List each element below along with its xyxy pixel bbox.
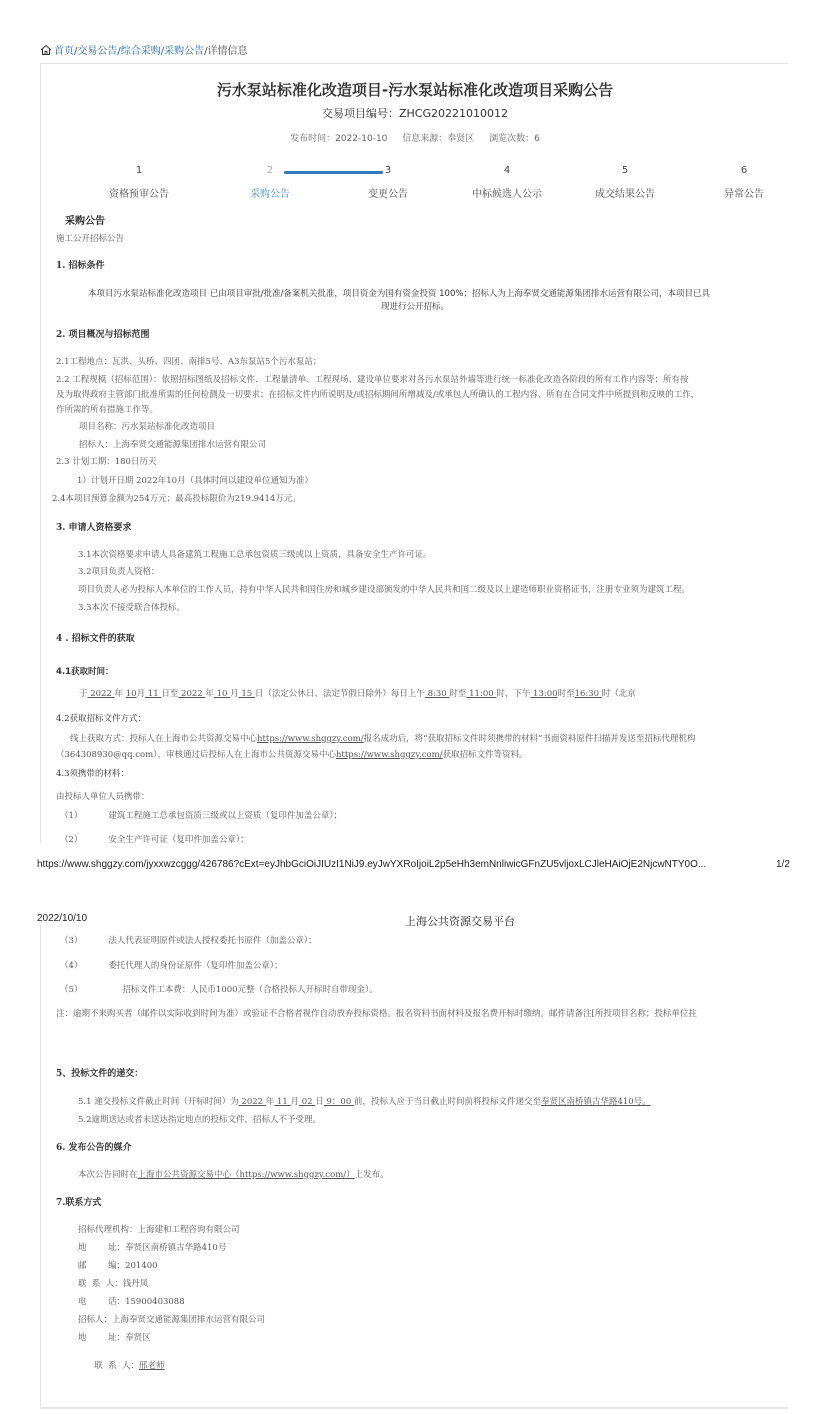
step-tab-procurement[interactable]: 2 采购公告	[211, 163, 329, 200]
step-label: 中标候选人公示	[448, 185, 566, 200]
s7-heading: 7.联系方式	[56, 1195, 101, 1208]
contact-line: 招标人：上海奉贤交通能源集团排水运营有限公司	[78, 1313, 265, 1325]
s3-2: 3.2项目负责人资格：	[78, 565, 160, 577]
breadcrumb-detail: /详情信息	[204, 42, 247, 57]
shggzy-link[interactable]: https://www.shggzy.com/	[257, 734, 364, 744]
s4-3-intro: 由投标人单位人员携带：	[56, 790, 150, 802]
note: 注：逾期不来购买者（邮件以实际收到时间为准）或验证不合格者视作自动放弃投标资格。…	[56, 1007, 697, 1019]
step-tab-abnormal[interactable]: 6 异常公告	[685, 163, 788, 200]
contact-person: 邢老师	[139, 1361, 165, 1371]
deadline-year: 2022	[239, 1097, 266, 1107]
s4-2-line-a: 线上获取方式：投标人在上海市公共资源交易中心https://www.shggzy…	[70, 732, 695, 744]
s2-heading: 2. 项目概况与招标范围	[56, 327, 150, 340]
s4-1-heading: 4.1获取时间：	[56, 665, 114, 677]
step-label: 成交结果公告	[566, 185, 684, 200]
contact-line: 联 系 人：钱丹凤	[78, 1277, 148, 1289]
info-source: 信息来源：奉贤区	[402, 134, 474, 144]
step-number: 6	[685, 163, 788, 179]
step-number: 1	[80, 163, 198, 179]
s2-4: 2.4本项目预算金额为254万元；最高投标限价为219.9414万元。	[52, 492, 301, 504]
view-count: 浏览次数：6	[489, 134, 540, 144]
s2-2-b: 及为取得政府主管部门批准所需的任何检测及一切要求；在招标文件内所说明及/或招标期…	[56, 388, 699, 400]
year-start: 2022	[88, 689, 115, 699]
breadcrumb-comprehensive-procurement[interactable]: /综合采购	[117, 42, 160, 57]
step-label: 采购公告	[211, 185, 329, 200]
am-start: 8:30	[425, 689, 450, 699]
step-tab-change[interactable]: 3 变更公告	[329, 163, 447, 200]
s1-heading: 1. 招标条件	[56, 258, 105, 271]
day-end: 15	[239, 689, 255, 699]
s4-3-heading: 4.3须携带的材料：	[56, 767, 129, 779]
s6-text: 本次公告同时在上海市公共资源交易中心（https://www.shggzy.co…	[78, 1168, 389, 1180]
s2-3-1: 1）计划开日期 2022年10月（具体时间以建设单位通知为准）	[77, 474, 313, 486]
print-page-number: 1/2	[776, 859, 790, 870]
s5-heading: 5、投标文件的递交：	[56, 1066, 143, 1079]
s4-2-line-b: （364308930@qq.com），审核通过后投标人在上海市公共资源交易中心h…	[56, 748, 528, 760]
print-date: 2022/10/10	[37, 913, 87, 924]
step-tab-prequalification[interactable]: 1 资格预审公告	[80, 163, 198, 200]
am-end: 11:00	[466, 689, 496, 699]
s4-heading: 4 . 招标文件的获取	[56, 631, 135, 644]
notice-step-tabs: 1 资格预审公告 2 采购公告 3 变更公告 4 中标候选人公示 5 成交结果公…	[41, 163, 788, 208]
s3-heading: 3. 申请人资格要求	[56, 520, 132, 533]
print-url: https://www.shggzy.com/jyxxwzcggg/426786…	[37, 859, 767, 870]
contact-line: 联 系 人：邢老师	[78, 1349, 165, 1381]
material-item: （3）法人代表证明原件或法人授权委托书原件（加盖公章）；	[60, 934, 317, 946]
section-heading: 采购公告	[65, 212, 105, 227]
deadline-day: 02	[299, 1097, 315, 1107]
step-number: 5	[566, 163, 684, 179]
s6-heading: 6. 发布公告的媒介	[56, 1140, 132, 1153]
month-end: 10	[214, 689, 230, 699]
page-title: 污水泵站标准化改造项目-污水泵站标准化改造项目采购公告	[41, 79, 788, 100]
step-label: 资格预审公告	[80, 185, 198, 200]
home-icon[interactable]	[40, 44, 52, 56]
month-start: 10	[126, 689, 137, 699]
contact-line: 招标代理机构：上海建和工程咨询有限公司	[78, 1223, 240, 1235]
pm-start: 13:00	[530, 689, 557, 699]
s1-paragraph: 本项目污水泵站标准化改造项目 已由项目审批/批准/备案机关批准，项目资金为国有资…	[88, 287, 710, 299]
material-item: （1）建筑工程施工总承包资质三级或以上资质（复印件加盖公章）；	[60, 809, 342, 821]
deadline-time: 9：00	[324, 1097, 354, 1107]
publish-time: 发布时间：2022-10-10	[290, 134, 387, 144]
contact-line: 地 址：奉贤区	[78, 1331, 151, 1343]
shggzy-media-link[interactable]: 上海市公共资源交易中心（https://www.shggzy.com/）	[138, 1170, 355, 1180]
material-item: （2）安全生产许可证（复印件加盖公章）；	[60, 833, 249, 843]
s4-1-time: 于 2022 年 10月 11 日至 2022 年 10 月 15 日（法定公休…	[79, 687, 636, 699]
notice-subtitle: 施工公开招标公告	[56, 232, 124, 244]
s3-2-detail: 项目负责人必为投标人本单位的工作人员，持有中华人民共和国住房和城乡建设部颁发的中…	[78, 583, 690, 595]
breadcrumb: 首页/ 交易公告 /综合采购 /采购公告 /详情信息	[40, 42, 248, 57]
step-tab-result[interactable]: 5 成交结果公告	[566, 163, 684, 200]
contact-line: 电 话：15900403088	[78, 1295, 185, 1307]
s1-paragraph-cont: 现进行公开招标。	[41, 300, 788, 312]
day-start: 11	[145, 689, 161, 699]
breadcrumb-home[interactable]: 首页/	[54, 42, 77, 57]
deadline-month: 11	[274, 1097, 290, 1107]
s5-1: 5.1 递交投标文件截止时间（开标时间）为 2022 年 11 月 02 日 9…	[78, 1095, 651, 1107]
material-item: （4）委托代理人的身份证原件（复印件加盖公章）；	[60, 959, 283, 971]
step-tab-candidate[interactable]: 4 中标候选人公示	[448, 163, 566, 200]
breadcrumb-procurement-notice[interactable]: /采购公告	[161, 42, 204, 57]
s2-2-a: 2.2 工程规模（招标范围）：依照招标图纸及招标文件、工程量清单、工程现场、建设…	[56, 373, 688, 385]
breadcrumb-trade-notices[interactable]: 交易公告	[77, 42, 117, 57]
project-name: 项目名称：污水泵站标准化改造项目	[79, 420, 215, 432]
pm-end: 16:30	[575, 689, 602, 699]
tenderer: 招标人：上海奉贤交通能源集团排水运营有限公司	[79, 438, 266, 450]
s5-2: 5.2逾期送达或者未送达指定地点的投标文件，招标人不予受理。	[78, 1113, 321, 1125]
s2-1: 2.1工程地点：瓦洪、头桥、四团、南排5号、A3东泵站5个污水泵站；	[56, 355, 321, 367]
shggzy-link[interactable]: https://www.shggzy.com/	[336, 750, 443, 760]
s3-3: 3.3本次不接受联合体投标。	[78, 601, 185, 613]
year-end: 2022	[178, 689, 205, 699]
s2-3: 2.3 计划工期：180日历天	[56, 455, 156, 467]
step-number: 4	[448, 163, 566, 179]
step-label: 变更公告	[329, 185, 447, 200]
notice-panel-page-2: （3）法人代表证明原件或法人授权委托书原件（加盖公章）； （4）委托代理人的身份…	[40, 925, 788, 1409]
material-item: （5）招标文件工本费：人民币1000元整（合格投标人开标时自带现金）。	[60, 983, 378, 995]
submission-address: 奉贤区南桥镇古华路410号。	[541, 1097, 651, 1107]
step-label: 异常公告	[685, 185, 788, 200]
contact-line: 地 址：奉贤区南桥镇古华路410号	[78, 1241, 226, 1253]
notice-panel-page-1: 污水泵站标准化改造项目-污水泵站标准化改造项目采购公告 交易项目编号：ZHCG2…	[40, 63, 788, 843]
s4-2-heading: 4.2获取招标文件方式：	[56, 712, 146, 724]
publish-meta: 发布时间：2022-10-10 信息来源：奉贤区 浏览次数：6	[41, 131, 788, 144]
step-progress-bar	[284, 171, 383, 174]
contact-line: 邮 编：201400	[78, 1259, 158, 1271]
project-number: 交易项目编号：ZHCG20221010012	[41, 105, 788, 121]
s2-2-c: 作所需的所有措施工作等。	[56, 403, 158, 415]
s3-1: 3.1本次资格要求申请人具备建筑工程施工总承包资质三级或以上资质，具备安全生产许…	[78, 548, 432, 560]
